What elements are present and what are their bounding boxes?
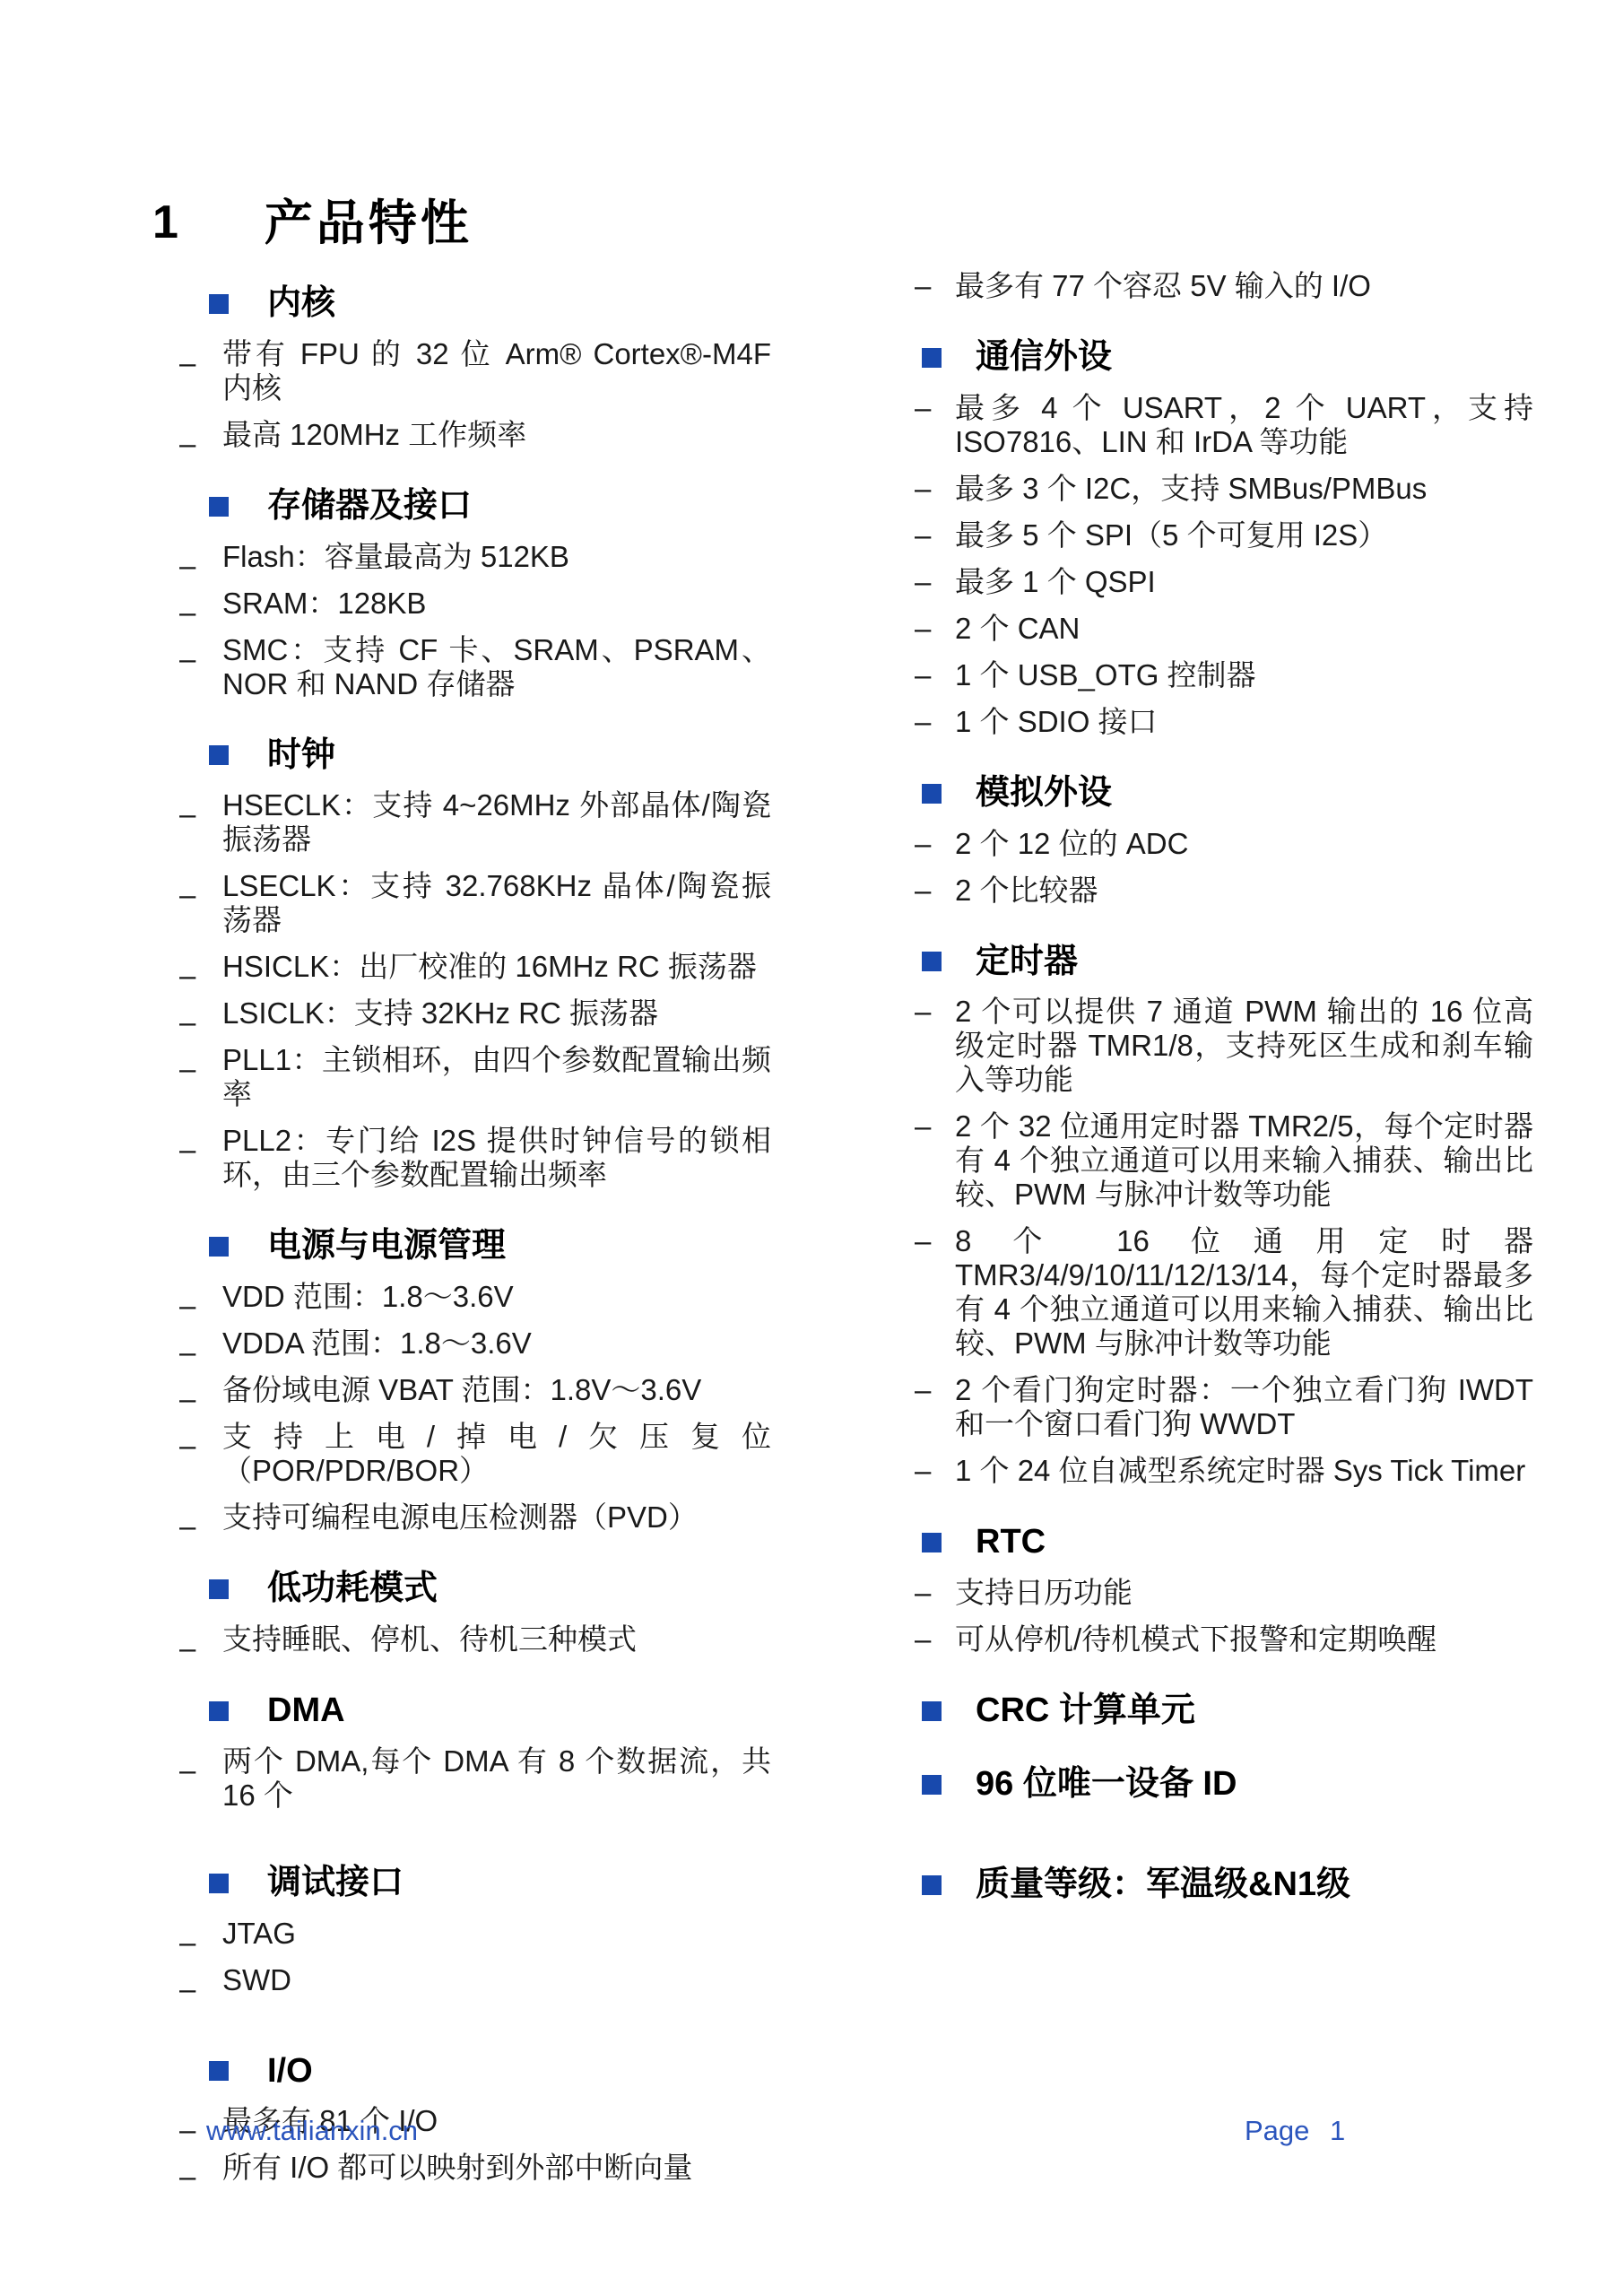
feature-text: 8 个 16 位通用定时器 TMR3/4/9/10/11/12/13/14，每个… xyxy=(955,1224,1533,1361)
section-header-clock: 时钟 xyxy=(179,737,771,775)
section-header-debug: 调试接口 xyxy=(179,1865,771,1902)
feature-item: –2 个 12 位的 ADC xyxy=(915,827,1533,861)
section-title: 电源与电源管理 xyxy=(267,1228,506,1265)
feature-text: 最多 5 个 SPI（5 个可复用 I2S） xyxy=(955,518,1533,552)
feature-item: –HSECLK：支持 4~26MHz 外部晶体/陶瓷振荡器 xyxy=(179,788,771,857)
feature-text: JTAG xyxy=(222,1917,771,1951)
square-bullet-icon xyxy=(922,348,942,368)
feature-text: 支持睡眠、停机、待机三种模式 xyxy=(222,1622,771,1657)
feature-text: Flash：容量最高为 512KB xyxy=(222,540,771,574)
feature-item: –JTAG xyxy=(179,1917,771,1951)
dash-bullet-icon: – xyxy=(179,346,222,414)
feature-text: HSECLK：支持 4~26MHz 外部晶体/陶瓷振荡器 xyxy=(222,788,771,857)
dash-bullet-icon: – xyxy=(179,1972,222,2006)
feature-text: HSICLK：出厂校准的 16MHz RC 振荡器 xyxy=(222,950,771,984)
dash-bullet-icon: – xyxy=(179,1926,222,1960)
square-bullet-icon xyxy=(922,1775,942,1795)
feature-item: –两个 DMA,每个 DMA 有 8 个数据流，共 16 个 xyxy=(179,1744,771,1813)
feature-text: 2 个可以提供 7 通道 PWM 输出的 16 位高级定时器 TMR1/8，支持… xyxy=(955,995,1533,1097)
feature-text: 2 个 CAN xyxy=(955,612,1533,646)
feature-item: –2 个看门狗定时器：一个独立看门狗 IWDT 和一个窗口看门狗 WWDT xyxy=(915,1373,1533,1441)
dash-bullet-icon: – xyxy=(915,1454,955,1488)
dash-bullet-icon: – xyxy=(179,1631,222,1665)
section-header-crc: CRC 计算单元 xyxy=(915,1692,1533,1730)
feature-item: –带有 FPU 的 32 位 Arm® Cortex®-M4F 内核 xyxy=(179,337,771,405)
feature-text: 最多 3 个 I2C，支持 SMBus/PMBus xyxy=(955,472,1533,506)
square-bullet-icon xyxy=(922,1875,942,1895)
section-number: 1 xyxy=(152,199,178,246)
section-header-io: I/O xyxy=(179,2053,771,2091)
section-title: DMA xyxy=(267,1692,345,1730)
square-bullet-icon xyxy=(209,745,229,765)
dash-bullet-icon: – xyxy=(915,1622,955,1657)
feature-text: LSECLK：支持 32.768KHz 晶体/陶瓷振荡器 xyxy=(222,869,771,937)
feature-item: –8 个 16 位通用定时器 TMR3/4/9/10/11/12/13/14，每… xyxy=(915,1224,1533,1361)
section-title: 96 位唯一设备 ID xyxy=(976,1766,1237,1804)
feature-text: VDD 范围：1.8～3.6V xyxy=(222,1280,771,1314)
dash-bullet-icon: – xyxy=(179,1005,222,1039)
section-title: 内核 xyxy=(267,285,335,323)
feature-item: –最多 5 个 SPI（5 个可复用 I2S） xyxy=(915,518,1533,552)
dash-bullet-icon: – xyxy=(915,658,955,692)
feature-text: VDDA 范围：1.8～3.6V xyxy=(222,1326,771,1361)
feature-item: –最多 1 个 QSPI xyxy=(915,565,1533,599)
feature-text: 支持上电/掉电/欠压复位（POR/PDR/BOR） xyxy=(222,1420,771,1488)
feature-text: 支持日历功能 xyxy=(955,1576,1533,1610)
dash-bullet-icon: – xyxy=(915,827,955,861)
section-title: 通信外设 xyxy=(976,339,1112,377)
feature-text: 2 个看门狗定时器：一个独立看门狗 IWDT 和一个窗口看门狗 WWDT xyxy=(955,1373,1533,1441)
feature-text: 带有 FPU 的 32 位 Arm® Cortex®-M4F 内核 xyxy=(222,337,771,405)
feature-text: 支持可编程电源电压检测器（PVD） xyxy=(222,1500,771,1535)
feature-text: 备份域电源 VBAT 范围：1.8V～3.6V xyxy=(222,1373,771,1407)
square-bullet-icon xyxy=(209,2061,229,2081)
square-bullet-icon xyxy=(209,1237,229,1257)
section-title: I/O xyxy=(267,2053,313,2091)
square-bullet-icon xyxy=(209,1701,229,1721)
feature-text: 2 个 32 位通用定时器 TMR2/5，每个定时器有 4 个独立通道可以用来输… xyxy=(955,1109,1533,1212)
square-bullet-icon xyxy=(922,1533,942,1552)
feature-item: –最高 120MHz 工作频率 xyxy=(179,418,771,452)
feature-item: –支持日历功能 xyxy=(915,1576,1533,1610)
square-bullet-icon xyxy=(209,1874,229,1893)
feature-item: –Flash：容量最高为 512KB xyxy=(179,540,771,574)
feature-item: –2 个比较器 xyxy=(915,874,1533,908)
column-left: 内核–带有 FPU 的 32 位 Arm® Cortex®-M4F 内核–最高 … xyxy=(179,285,771,2197)
section-header-rtc: RTC xyxy=(915,1524,1533,1561)
dash-bullet-icon: – xyxy=(915,269,955,303)
feature-text: 1 个 USB_OTG 控制器 xyxy=(955,658,1533,692)
feature-item: –PLL2：专门给 I2S 提供时钟信号的锁相环，由三个参数配置输出频率 xyxy=(179,1124,771,1192)
feature-text: 所有 I/O 都可以映射到外部中断向量 xyxy=(222,2151,771,2185)
feature-text: 2 个 12 位的 ADC xyxy=(955,827,1533,861)
section-header-unique-id: 96 位唯一设备 ID xyxy=(915,1766,1533,1804)
dash-bullet-icon: – xyxy=(179,1052,222,1120)
dash-bullet-icon: – xyxy=(915,1576,955,1610)
feature-text: PLL1：主锁相环，由四个参数配置输出频率 xyxy=(222,1043,771,1111)
dash-bullet-icon: – xyxy=(179,642,222,710)
feature-text: 两个 DMA,每个 DMA 有 8 个数据流，共 16 个 xyxy=(222,1744,771,1813)
feature-text: SRAM：128KB xyxy=(222,587,771,621)
section-title: 定时器 xyxy=(976,944,1078,981)
dash-bullet-icon: – xyxy=(179,1289,222,1323)
dash-bullet-icon: – xyxy=(179,797,222,865)
feature-item: –SWD xyxy=(179,1963,771,1997)
footer-website-link[interactable]: www.tailianxin.cn xyxy=(206,2115,418,2147)
dash-bullet-icon: – xyxy=(179,427,222,461)
dash-bullet-icon: – xyxy=(179,878,222,946)
section-title: 调试接口 xyxy=(267,1865,404,1902)
dash-bullet-icon: – xyxy=(915,612,955,646)
dash-bullet-icon: – xyxy=(179,1335,222,1370)
section-header-low-power: 低功耗模式 xyxy=(179,1570,771,1608)
feature-text: SMC：支持 CF 卡、SRAM、PSRAM、NOR 和 NAND 存储器 xyxy=(222,633,771,701)
square-bullet-icon xyxy=(209,294,229,314)
square-bullet-icon xyxy=(922,784,942,804)
square-bullet-icon xyxy=(922,952,942,971)
feature-text: 最多有 77 个容忍 5V 输入的 I/O xyxy=(955,269,1533,303)
feature-text: LSICLK：支持 32KHz RC 振荡器 xyxy=(222,996,771,1031)
feature-item: –支持上电/掉电/欠压复位（POR/PDR/BOR） xyxy=(179,1420,771,1488)
feature-text: 1 个 24 位自减型系统定时器 Sys Tick Timer xyxy=(955,1454,1533,1488)
feature-item: –1 个 USB_OTG 控制器 xyxy=(915,658,1533,692)
dash-bullet-icon: – xyxy=(915,1224,955,1361)
dash-bullet-icon: – xyxy=(179,959,222,993)
feature-item: –1 个 24 位自减型系统定时器 Sys Tick Timer xyxy=(915,1454,1533,1488)
dash-bullet-icon: – xyxy=(915,874,955,908)
feature-item: –最多 3 个 I2C，支持 SMBus/PMBus xyxy=(915,472,1533,506)
dash-bullet-icon: – xyxy=(915,995,955,1097)
feature-item: –最多 4 个 USART，2 个 UART，支持 ISO7816、LIN 和 … xyxy=(915,391,1533,459)
section-header-comm: 通信外设 xyxy=(915,339,1533,377)
section-title: 存储器及接口 xyxy=(267,488,472,526)
dash-bullet-icon: – xyxy=(179,596,222,630)
section-header-quality: 质量等级：军温级&N1级 xyxy=(915,1866,1533,1904)
feature-item: –LSICLK：支持 32KHz RC 振荡器 xyxy=(179,996,771,1031)
feature-item: –2 个可以提供 7 通道 PWM 输出的 16 位高级定时器 TMR1/8，支… xyxy=(915,995,1533,1097)
dash-bullet-icon: – xyxy=(915,391,955,459)
section-header-memory: 存储器及接口 xyxy=(179,488,771,526)
square-bullet-icon xyxy=(922,1701,942,1721)
feature-item: –PLL1：主锁相环，由四个参数配置输出频率 xyxy=(179,1043,771,1111)
feature-text: 可从停机/待机模式下报警和定期唤醒 xyxy=(955,1622,1533,1657)
feature-item: –VDDA 范围：1.8～3.6V xyxy=(179,1326,771,1361)
feature-item: –2 个 CAN xyxy=(915,612,1533,646)
section-title: 质量等级：军温级&N1级 xyxy=(976,1866,1350,1904)
feature-item: –支持可编程电源电压检测器（PVD） xyxy=(179,1500,771,1535)
feature-text: 最高 120MHz 工作频率 xyxy=(222,418,771,452)
feature-item: –LSECLK：支持 32.768KHz 晶体/陶瓷振荡器 xyxy=(179,869,771,937)
column-right: –最多有 77 个容忍 5V 输入的 I/O通信外设–最多 4 个 USART，… xyxy=(915,269,1533,1918)
section-header-power: 电源与电源管理 xyxy=(179,1228,771,1265)
section-title: RTC xyxy=(976,1524,1046,1561)
dash-bullet-icon: – xyxy=(915,1373,955,1441)
dash-bullet-icon: – xyxy=(179,1509,222,1544)
feature-item: –HSICLK：出厂校准的 16MHz RC 振荡器 xyxy=(179,950,771,984)
feature-text: PLL2：专门给 I2S 提供时钟信号的锁相环，由三个参数配置输出频率 xyxy=(222,1124,771,1192)
feature-text: SWD xyxy=(222,1963,771,1997)
dash-bullet-icon: – xyxy=(179,1133,222,1201)
feature-text: 2 个比较器 xyxy=(955,874,1533,908)
feature-text: 1 个 SDIO 接口 xyxy=(955,705,1533,739)
section-title: 模拟外设 xyxy=(976,775,1112,813)
square-bullet-icon xyxy=(209,497,229,517)
feature-item: –最多有 77 个容忍 5V 输入的 I/O xyxy=(915,269,1533,303)
page-title-text: 产品特性 xyxy=(265,199,473,248)
feature-text: 最多 4 个 USART，2 个 UART，支持 ISO7816、LIN 和 I… xyxy=(955,391,1533,459)
dash-bullet-icon: – xyxy=(915,1109,955,1212)
feature-item: –2 个 32 位通用定时器 TMR2/5，每个定时器有 4 个独立通道可以用来… xyxy=(915,1109,1533,1212)
dash-bullet-icon: – xyxy=(915,472,955,506)
square-bullet-icon xyxy=(209,1579,229,1599)
page-title: 1 产品特性 xyxy=(152,199,473,248)
feature-item: –所有 I/O 都可以映射到外部中断向量 xyxy=(179,2151,771,2185)
feature-item: –VDD 范围：1.8～3.6V xyxy=(179,1280,771,1314)
feature-item: –SRAM：128KB xyxy=(179,587,771,621)
dash-bullet-icon: – xyxy=(179,1753,222,1822)
section-header-timers: 定时器 xyxy=(915,944,1533,981)
feature-item: –SMC：支持 CF 卡、SRAM、PSRAM、NOR 和 NAND 存储器 xyxy=(179,633,771,701)
dash-bullet-icon: – xyxy=(179,549,222,583)
section-title: CRC 计算单元 xyxy=(976,1692,1195,1730)
dash-bullet-icon: – xyxy=(179,1382,222,1416)
dash-bullet-icon: – xyxy=(915,518,955,552)
feature-item: –备份域电源 VBAT 范围：1.8V～3.6V xyxy=(179,1373,771,1407)
feature-item: –支持睡眠、停机、待机三种模式 xyxy=(179,1622,771,1657)
dash-bullet-icon: – xyxy=(179,1429,222,1497)
dash-bullet-icon: – xyxy=(179,2160,222,2194)
section-header-dma: DMA xyxy=(179,1692,771,1730)
dash-bullet-icon: – xyxy=(915,565,955,599)
feature-text: 最多 1 个 QSPI xyxy=(955,565,1533,599)
dash-bullet-icon: – xyxy=(915,705,955,739)
footer-page-number: Page 1 xyxy=(1245,2115,1345,2147)
section-header-analog: 模拟外设 xyxy=(915,775,1533,813)
section-title: 时钟 xyxy=(267,737,335,775)
feature-item: –1 个 SDIO 接口 xyxy=(915,705,1533,739)
section-header-core: 内核 xyxy=(179,285,771,323)
section-title: 低功耗模式 xyxy=(267,1570,438,1608)
feature-item: –可从停机/待机模式下报警和定期唤醒 xyxy=(915,1622,1533,1657)
